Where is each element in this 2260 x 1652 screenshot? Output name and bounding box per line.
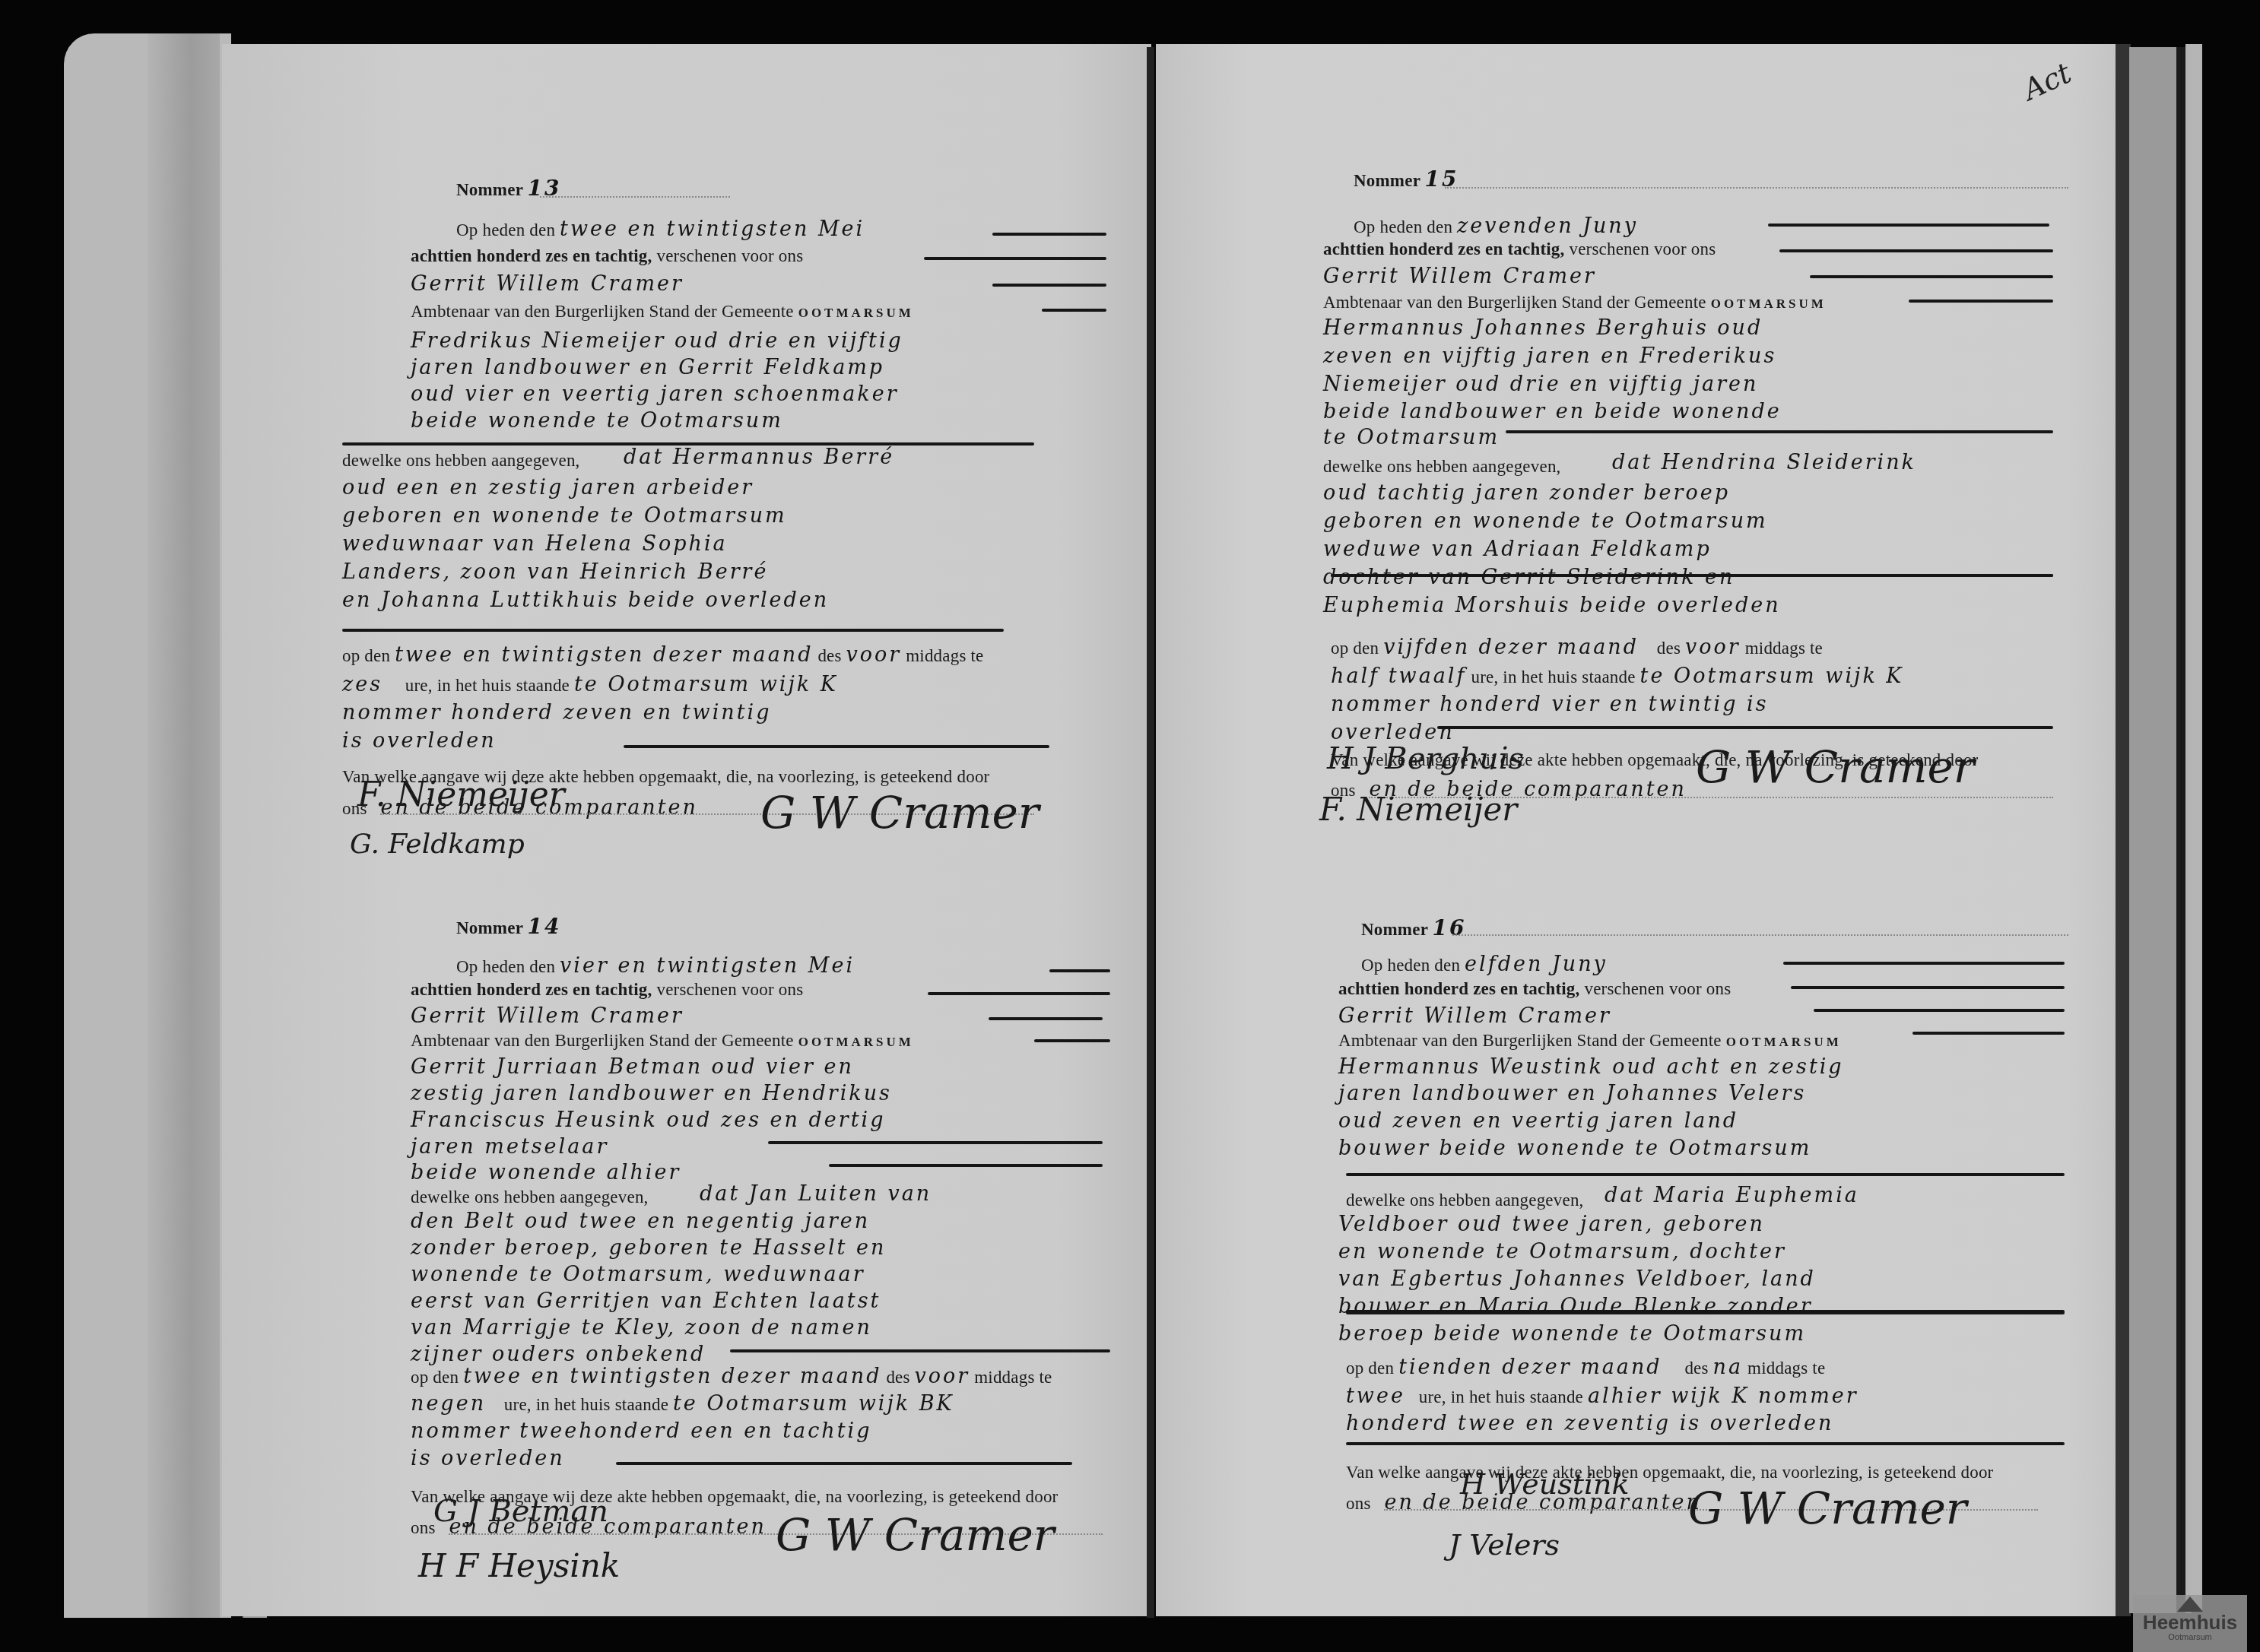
year-text: achttien honderd zes en tachtig, — [411, 246, 652, 265]
signature: G. Feldkamp — [350, 829, 525, 860]
deceased-line: weduwe van Adriaan Feldkamp — [1323, 539, 1712, 560]
official-name: Gerrit Willem Cramer — [1338, 1006, 1611, 1026]
municipality: OOTMARSUM — [1711, 296, 1827, 311]
official-name: Gerrit Willem Cramer — [1323, 266, 1596, 287]
declarant-line: jaren metselaar — [411, 1137, 608, 1157]
deceased-line: geboren en wonende te Ootmarsum — [342, 506, 787, 526]
deceased-line: beroep beide wonende te Ootmarsum — [1338, 1324, 1806, 1344]
deceased-line: den Belt oud twee en negentig jaren — [411, 1211, 870, 1232]
deceased-line: zonder beroep, geboren te Hasselt en — [411, 1238, 886, 1258]
death-hour: half twaalf — [1331, 664, 1466, 688]
year-text: achttien honderd zes en tachtig, — [411, 980, 652, 999]
nommer-label: Nommer — [456, 918, 523, 937]
op-den-label: op den — [342, 646, 390, 665]
dewelke-label: dewelke ons hebben aangegeven, — [1346, 1191, 1584, 1209]
signature: H F Heysink — [418, 1547, 620, 1584]
death-day: twee en twintigsten dezer maand — [395, 643, 813, 667]
deceased-line: geboren en wonende te Ootmarsum — [1323, 511, 1768, 531]
deceased-line: zijner ouders onbekend — [411, 1344, 706, 1365]
op-heden-label: Op heden den — [456, 957, 555, 976]
deceased-line: oud tachtig jaren zonder beroep — [1323, 483, 1730, 503]
municipality: OOTMARSUM — [798, 306, 914, 320]
signature: J Velers — [1449, 1528, 1560, 1562]
am-pm: na — [1713, 1356, 1744, 1379]
page-stack-edge — [2176, 47, 2185, 1613]
nommer-label: Nommer — [1354, 171, 1420, 190]
am-pm: voor — [1685, 636, 1741, 659]
declarant-line: Niemeijer oud drie en vijftig jaren — [1323, 374, 1759, 395]
heemhuis-watermark-logo: Heemhuis Ootmarsum — [2133, 1595, 2247, 1652]
municipality: OOTMARSUM — [1726, 1035, 1842, 1049]
deceased-line: eerst van Gerritjen van Echten laatst — [411, 1291, 881, 1311]
death-day: vijfden dezer maand — [1383, 636, 1639, 659]
declarant-line: jaren landbouwer en Gerrit Feldkamp — [411, 357, 884, 378]
des-label: des — [886, 1368, 909, 1387]
middags-label: middags te — [1747, 1359, 1825, 1378]
deceased-line: Euphemia Morshuis beide overleden — [1323, 595, 1781, 616]
place-line: te Ootmarsum wijk K — [1640, 664, 1904, 688]
year-text: achttien honderd zes en tachtig, — [1338, 979, 1580, 998]
deceased-line: dat Hendrina Sleiderink — [1612, 452, 1916, 473]
house-roof-icon — [2177, 1597, 2203, 1612]
book-spine — [1147, 47, 1154, 1621]
verschenen-label: verschenen voor ons — [1584, 979, 1731, 998]
page-stack-edge — [2116, 44, 2131, 1616]
record-number: 14 — [528, 914, 562, 939]
place-line: is overleden — [411, 1448, 565, 1469]
middags-label: middags te — [1745, 639, 1823, 658]
deceased-line: dat Hermannus Berré — [624, 447, 894, 468]
ure-label: ure, in het huis staande — [504, 1395, 668, 1414]
nommer-label: Nommer — [1361, 920, 1428, 939]
record-date: zevenden Juny — [1457, 214, 1638, 238]
declarant-line: oud vier en veertig jaren schoenmaker — [411, 384, 899, 404]
verschenen-label: verschenen voor ons — [656, 246, 803, 265]
deceased-line: oud een en zestig jaren arbeider — [342, 477, 754, 498]
deceased-line: dat Jan Luiten van — [700, 1184, 932, 1204]
am-pm: voor — [915, 1365, 970, 1388]
deceased-line: van Egbertus Johannes Veldboer, land — [1338, 1269, 1816, 1289]
des-label: des — [1684, 1359, 1708, 1378]
page-stack-edge — [2185, 44, 2202, 1612]
death-hour: negen — [411, 1392, 486, 1416]
deceased-line: dochter van Gerrit Sleiderink en — [1323, 567, 1735, 588]
record-date: twee en twintigsten Mei — [560, 217, 865, 241]
declarant-line: beide wonende alhier — [411, 1162, 681, 1183]
ure-label: ure, in het huis staande — [1419, 1387, 1583, 1406]
logo-place: Ootmarsum — [2133, 1633, 2247, 1642]
ons-label: ons — [1346, 1494, 1371, 1513]
declarant-line: Hermannus Weustink oud acht en zestig — [1338, 1057, 1844, 1077]
place-line: te Ootmarsum wijk BK — [673, 1392, 954, 1416]
record-date: elfden Juny — [1465, 953, 1608, 976]
declarant-line: Fredrikus Niemeijer oud drie en vijftig — [411, 331, 903, 351]
verschenen-label: verschenen voor ons — [1569, 239, 1716, 258]
ure-label: ure, in het huis staande — [405, 676, 570, 695]
signature: G W Cramer — [1688, 1482, 1967, 1534]
nommer-label: Nommer — [456, 180, 523, 199]
declarant-line: te Ootmarsum — [1323, 427, 1500, 448]
declarant-line: Hermannus Johannes Berghuis oud — [1323, 318, 1763, 338]
ambtenaar-label: Ambtenaar van den Burgerlijken Stand der… — [1323, 293, 1706, 312]
death-day: tienden dezer maand — [1398, 1356, 1662, 1379]
deceased-line: van Marrigje te Kley, zoon de namen — [411, 1317, 872, 1338]
op-heden-label: Op heden den — [456, 220, 555, 239]
verschenen-label: verschenen voor ons — [656, 980, 803, 999]
ambtenaar-label: Ambtenaar van den Burgerlijken Stand der… — [411, 1031, 794, 1050]
place-line: overleden — [1331, 722, 1455, 743]
place-line: alhier wijk K nommer — [1588, 1384, 1858, 1408]
des-label: des — [817, 646, 841, 665]
place-line: nommer honderd vier en twintig is — [1331, 694, 1769, 715]
deceased-line: weduwnaar van Helena Sophia — [342, 534, 728, 554]
signature: G W Cramer — [760, 787, 1040, 839]
official-name: Gerrit Willem Cramer — [411, 274, 684, 294]
declarant-line: zeven en vijftig jaren en Frederikus — [1323, 346, 1776, 366]
deceased-line: Landers, zoon van Heinrich Berré — [342, 562, 768, 582]
van-welke-text: Van welke aangave wij deze akte hebben o… — [1346, 1463, 1993, 1481]
declarant-line: jaren landbouwer en Johannes Velers — [1338, 1083, 1806, 1104]
place-line: is overleden — [342, 731, 497, 751]
signature: G W Cramer — [776, 1509, 1055, 1561]
ons-label: ons — [411, 1518, 436, 1537]
place-line: nommer honderd zeven en twintig — [342, 702, 772, 723]
declarant-line: Gerrit Jurriaan Betman oud vier en — [411, 1057, 854, 1077]
place-line: nommer tweehonderd een en tachtig — [411, 1421, 871, 1441]
signature: F. Niemeijer — [1319, 791, 1517, 828]
place-line: te Ootmarsum wijk K — [574, 673, 838, 696]
dewelke-label: dewelke ons hebben aangegeven, — [411, 1188, 649, 1206]
right-page — [1156, 44, 2116, 1616]
des-label: des — [1657, 639, 1681, 658]
death-day: twee en twintigsten dezer maand — [463, 1365, 881, 1388]
deceased-line: en Johanna Luttikhuis beide overleden — [342, 590, 829, 610]
declarant-line: beide landbouwer en beide wonende — [1323, 401, 1782, 422]
middags-label: middags te — [906, 646, 983, 665]
am-pm: voor — [846, 643, 902, 667]
signature: G J Betman — [433, 1494, 608, 1529]
signature: H Weustink — [1460, 1467, 1630, 1501]
signature: G W Cramer — [1696, 741, 1975, 793]
year-text: achttien honderd zes en tachtig, — [1323, 239, 1565, 258]
declarant-line: oud zeven en veertig jaren land — [1338, 1111, 1738, 1131]
book-cover-left-edge — [64, 33, 231, 1622]
ure-label: ure, in het huis staande — [1471, 667, 1635, 686]
scan-bottom-shadow — [0, 1618, 2260, 1652]
ambtenaar-label: Ambtenaar van den Burgerlijken Stand der… — [411, 302, 794, 321]
op-den-label: op den — [411, 1368, 459, 1387]
op-heden-label: Op heden den — [1354, 217, 1452, 236]
declarant-line: beide wonende te Ootmarsum — [411, 411, 783, 431]
declarant-line: Franciscus Heusink oud zes en dertig — [411, 1110, 885, 1130]
deceased-line: dat Maria Euphemia — [1605, 1185, 1859, 1206]
op-den-label: op den — [1331, 639, 1379, 658]
official-name: Gerrit Willem Cramer — [411, 1006, 684, 1026]
declarant-line: bouwer beide wonende te Ootmarsum — [1338, 1138, 1811, 1159]
middags-label: middags te — [974, 1368, 1052, 1387]
declarant-line: zestig jaren landbouwer en Hendrikus — [411, 1083, 892, 1104]
op-heden-label: Op heden den — [1361, 956, 1460, 975]
municipality: OOTMARSUM — [798, 1035, 914, 1049]
dewelke-label: dewelke ons hebben aangegeven, — [342, 452, 580, 469]
record-date: vier en twintigsten Mei — [560, 954, 855, 978]
signature: F. Niemeijer — [357, 775, 565, 814]
deceased-line: Veldboer oud twee jaren, geboren — [1338, 1214, 1765, 1235]
record-number: 16 — [1433, 915, 1467, 940]
cover-shadow — [148, 33, 220, 1622]
op-den-label: op den — [1346, 1359, 1394, 1378]
logo-name: Heemhuis — [2133, 1612, 2247, 1633]
deceased-line: wonende te Ootmarsum, weduwnaar — [411, 1264, 865, 1285]
place-line: honderd twee en zeventig is overleden — [1346, 1413, 1833, 1434]
death-hour: zes — [342, 673, 382, 696]
signature: H J Berghuis — [1327, 741, 1524, 776]
dewelke-label: dewelke ons hebben aangegeven, — [1323, 458, 1561, 475]
ambtenaar-label: Ambtenaar van den Burgerlijken Stand der… — [1338, 1031, 1722, 1050]
death-hour: twee — [1346, 1384, 1405, 1408]
deceased-line: en wonende te Ootmarsum, dochter — [1338, 1241, 1786, 1262]
